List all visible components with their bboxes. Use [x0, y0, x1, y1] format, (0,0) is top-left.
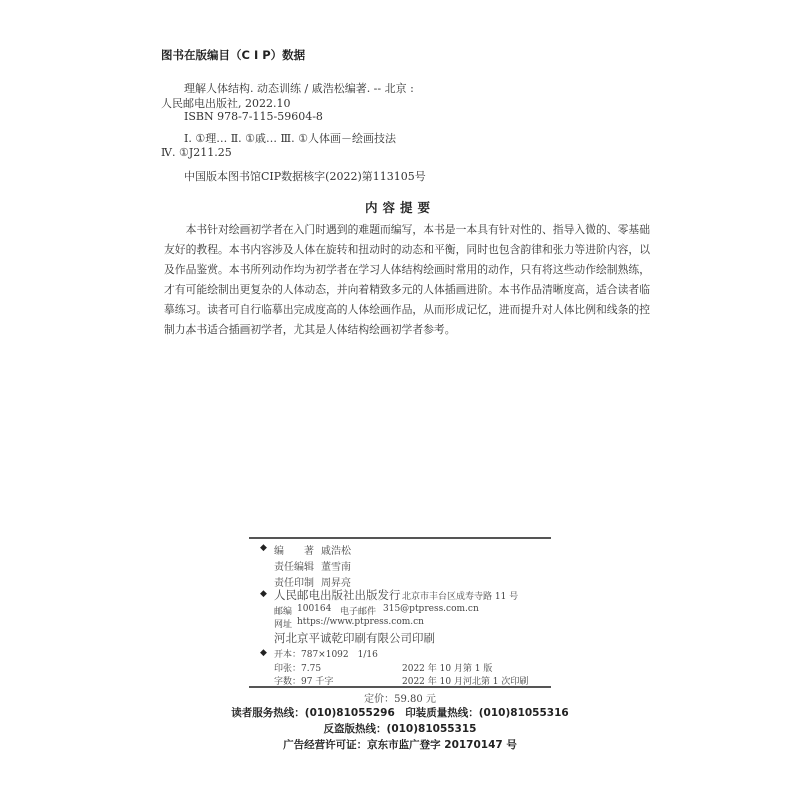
top-rule	[249, 537, 551, 539]
postcode: 100164	[297, 604, 331, 614]
cip-line-title: 理解人体结构. 动态训练 / 戚浩松编著. -- 北京 :	[184, 80, 414, 96]
cip-line-isbn: ISBN 978-7-115-59604-8	[184, 110, 323, 123]
website-label: 网址	[274, 617, 292, 630]
edition: 2022 年 10 月第 1 版	[402, 661, 492, 674]
hotline-service-quality: 读者服务热线：(010)81055296 印装质量热线：(010)8105531…	[0, 705, 800, 720]
author-name: 戚浩松	[321, 542, 351, 557]
cip-line-subjects: Ⅰ. ①理… Ⅱ. ①戚… Ⅲ. ①人体画－绘画技法	[184, 130, 396, 146]
bullet-icon: ◆	[260, 589, 267, 599]
postcode-label: 邮编	[274, 604, 292, 617]
bottom-rule	[249, 686, 551, 688]
cip-line-classification: Ⅳ. ①J211.25	[161, 146, 232, 159]
summary-paragraph-2: 本书适合插画初学者，尤其是人体结构绘画初学者参考。	[164, 320, 650, 340]
format: 开本：787×1092 1/16	[274, 647, 378, 660]
editor-label: 责任编辑	[274, 558, 314, 573]
publisher: 人民邮电出版社出版发行	[274, 587, 401, 603]
sheets: 印张：7.75	[274, 661, 321, 674]
cip-title: 图书在版编目（C I P）数据	[161, 47, 305, 63]
advertising-license: 广告经营许可证：京东市监广登字 20170147 号	[0, 737, 800, 752]
price: 定价：59.80 元	[0, 690, 800, 705]
bullet-icon: ◆	[260, 543, 267, 553]
email-label: 电子邮件	[340, 604, 376, 617]
editor-name: 董雪南	[321, 558, 351, 573]
hotline-anti-piracy: 反盗版热线：(010)81055315	[0, 721, 800, 736]
bullet-icon: ◆	[260, 648, 267, 658]
website: https://www.ptpress.com.cn	[297, 617, 424, 627]
cip-line-publisher: 人民邮电出版社, 2022.10	[161, 95, 290, 111]
cip-line-cip-number: 中国版本图书馆CIP数据核字(2022)第113105号	[184, 168, 426, 184]
address: 北京市丰台区成寿寺路 11 号	[402, 589, 518, 602]
printer: 河北京平诚乾印刷有限公司印刷	[274, 630, 435, 646]
email: 315@ptpress.com.cn	[383, 604, 479, 614]
summary-title: 内容提要	[0, 198, 800, 216]
author-label: 编 著	[274, 542, 314, 557]
